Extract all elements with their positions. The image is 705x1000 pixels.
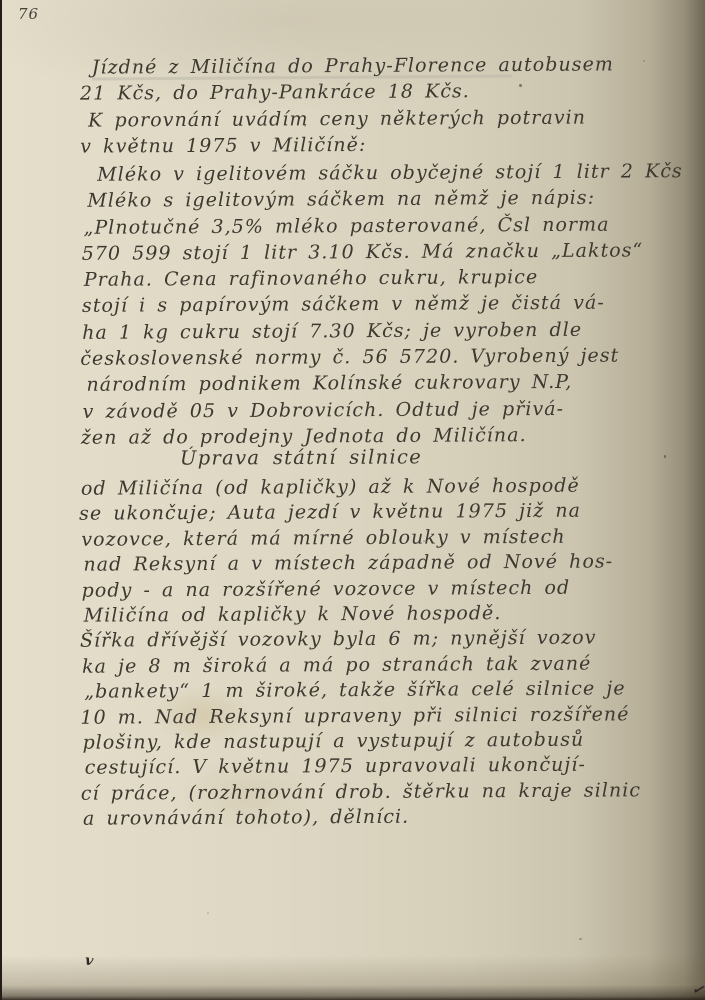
paper-speck [664,455,666,458]
chronicle-page: 76 Jízdné z Miličína do Prahy-Florence a… [0,0,705,1000]
handwritten-line: Miličína od kapličky k Nové hospodě. [84,600,640,629]
handwritten-line: ka je 8 m široká a má po stranách tak zv… [82,651,640,680]
handwritten-line: se ukončuje; Auta jezdí v květnu 1975 ji… [79,499,639,528]
handwritten-line: národním podnikem Kolínské cukrovary N.P… [86,369,684,399]
paper-speck [643,60,645,62]
handwritten-line: Praha. Cena rafinovaného cukru, krupice [84,263,684,293]
handwritten-line: 10 m. Nad Reksyní upraveny při silnici r… [80,702,640,731]
handwritten-line: K porovnání uvádím ceny některých potrav… [88,104,614,134]
paper-speck [304,125,306,127]
paragraph-bus-fares: Jízdné z Miličína do Prahy-Florence auto… [80,51,615,159]
handwritten-line: 570 599 stojí 1 litr 3.10 Kčs. Má značku… [82,237,684,267]
handwritten-line: stojí i s papírovým sáčkem v němž je čis… [82,290,684,320]
handwritten-line: „Plnotučné 3,5% mléko pasterované, Čsl n… [83,211,683,241]
handwritten-line: Mléko v igelitovém sáčku obyčejné stojí … [97,158,683,188]
handwritten-line: 21 Kčs, do Prahy-Pankráce 18 Kčs. [80,78,614,108]
handwritten-line: a urovnávání tohoto), dělníci. [83,803,641,832]
handwritten-line: československé normy č. 56 5720. Vyroben… [80,342,684,372]
handwritten-line: Mléko s igelitovým sáčkem na němž je náp… [87,184,683,214]
handwritten-line: vozovce, která má mírné oblouky v místec… [81,524,639,553]
handwritten-line: cí práce, (rozhrnování drob. štěrku na k… [81,778,641,807]
handwritten-line: cestující. V květnu 1975 upravovali ukon… [85,753,641,782]
handwritten-line: od Miličína (od kapličky) až k Nové hosp… [81,473,639,502]
check-mark: v [84,953,94,970]
handwritten-line: „bankety“ 1 m široké, takže šířka celé s… [84,676,640,705]
handwritten-line: Šířka dřívější vozovky byla 6 m; nynější… [80,626,640,655]
paper-speck [423,540,425,542]
paper-speck [579,938,582,940]
handwritten-line: pody - a na rozšířené vozovce v místech … [82,575,640,604]
paragraph-road-works: od Miličína (od kapličky) až k Nové hosp… [77,473,641,832]
corner-check-mark: ✓ [690,981,705,999]
paper-speck [519,84,522,87]
handwritten-line: Jízdné z Miličína do Prahy-Florence auto… [92,51,614,80]
paper-speck [207,912,209,914]
handwritten-line: ha 1 kg cukru stojí 7.30 Kčs; je vyroben… [82,316,684,346]
paragraph-food-prices: Mléko v igelitovém sáčku obyčejné stojí … [81,158,684,451]
handwritten-line: v závodě 05 v Dobrovicích. Odtud je přiv… [83,395,685,425]
page-number: 76 [18,5,39,23]
section-heading-road-repair: Úprava státní silnice [180,445,422,469]
handwritten-line: v květnu 1975 v Miličíně: [80,130,614,160]
handwritten-line: nad Reksyní a v místech západně od Nové … [83,549,639,578]
paper-speck [98,330,100,332]
handwritten-line: plošiny, kde nastupují a vystupují z aut… [82,727,640,756]
